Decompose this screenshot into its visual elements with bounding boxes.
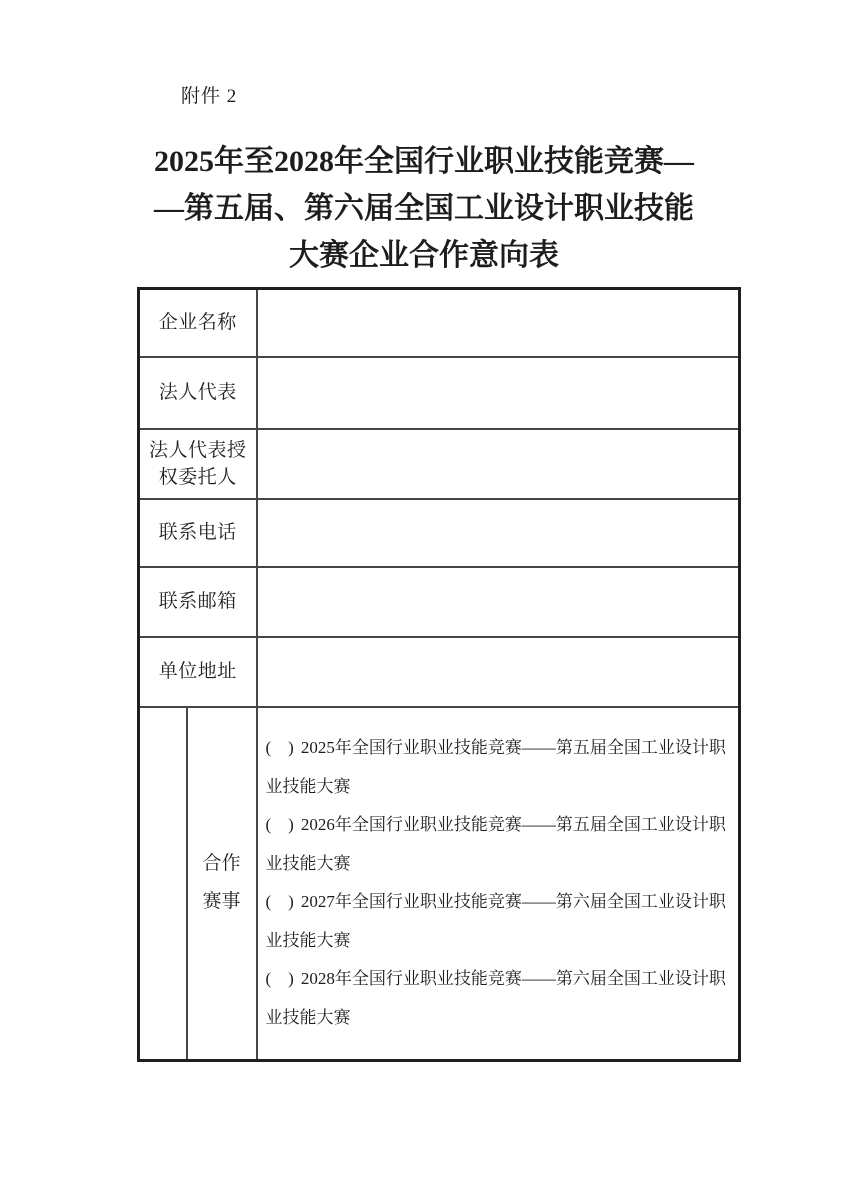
table-row: 联系电话	[139, 499, 740, 567]
competition-option-2026: ( )2026年全国行业职业技能竞赛——第五届全国工业设计职业技能大赛	[266, 806, 735, 883]
field-label-company-name: 企业名称	[139, 289, 257, 357]
document-title: 2025年至2028年全国行业职业技能竞赛— —第五届、第六届全国工业设计职业技…	[0, 138, 848, 279]
table-row: 单位地址	[139, 637, 740, 707]
field-label-company-address: 单位地址	[139, 637, 257, 707]
table-row: 联系邮箱	[139, 567, 740, 637]
field-value-contact-email[interactable]	[257, 567, 740, 637]
field-value-contact-phone[interactable]	[257, 499, 740, 567]
competition-option-2028: ( )2028年全国行业职业技能竞赛——第六届全国工业设计职业技能大赛	[266, 960, 735, 1037]
field-value-authorized-agent[interactable]	[257, 429, 740, 499]
table-row: 法人代表授权委托人	[139, 429, 740, 499]
competition-option-2025: ( )2025年全国行业职业技能竞赛——第五届全国工业设计职业技能大赛	[266, 729, 735, 806]
document-title-line-3: 大赛企业合作意向表	[0, 232, 848, 279]
table-row: 企业名称	[139, 289, 740, 357]
checkbox-blank-2025[interactable]: ( )	[266, 738, 294, 757]
document-title-line-2: —第五届、第六届全国工业设计职业技能	[0, 185, 848, 232]
field-value-company-name[interactable]	[257, 289, 740, 357]
field-label-contact-email: 联系邮箱	[139, 567, 257, 637]
competition-option-2025-text: 2025年全国行业职业技能竞赛——第五届全国工业设计职业技能大赛	[266, 738, 726, 796]
cooperation-options-cell: ( )2025年全国行业职业技能竞赛——第五届全国工业设计职业技能大赛 ( )2…	[257, 707, 740, 1061]
field-value-legal-representative[interactable]	[257, 357, 740, 429]
table-row: 法人代表	[139, 357, 740, 429]
checkbox-blank-2026[interactable]: ( )	[266, 815, 294, 834]
cooperation-events-label: 合作赛事	[200, 845, 244, 921]
field-label-legal-representative: 法人代表	[139, 357, 257, 429]
competition-option-2026-text: 2026年全国行业职业技能竞赛——第五届全国工业设计职业技能大赛	[266, 815, 726, 873]
checkbox-blank-2027[interactable]: ( )	[266, 892, 294, 911]
cooperation-events-row: 合作赛事 ( )2025年全国行业职业技能竞赛——第五届全国工业设计职业技能大赛…	[139, 707, 740, 1061]
checkbox-blank-2028[interactable]: ( )	[266, 969, 294, 988]
competition-option-2027-text: 2027年全国行业职业技能竞赛——第六届全国工业设计职业技能大赛	[266, 892, 726, 950]
competition-option-2027: ( )2027年全国行业职业技能竞赛——第六届全国工业设计职业技能大赛	[266, 883, 735, 960]
document-page: 附件 2 2025年至2028年全国行业职业技能竞赛— —第五届、第六届全国工业…	[0, 0, 848, 1200]
field-label-authorized-agent: 法人代表授权委托人	[139, 429, 257, 499]
document-title-line-1: 2025年至2028年全国行业职业技能竞赛—	[0, 138, 848, 185]
field-value-company-address[interactable]	[257, 637, 740, 707]
cooperation-intent-form-table: 企业名称 法人代表 法人代表授权委托人 联系电话 联系邮箱 单位地址	[137, 287, 741, 1062]
field-label-contact-phone: 联系电话	[139, 499, 257, 567]
spacer-cell	[139, 707, 187, 1061]
competition-option-2028-text: 2028年全国行业职业技能竞赛——第六届全国工业设计职业技能大赛	[266, 969, 726, 1027]
attachment-label: 附件 2	[181, 81, 237, 108]
field-label-cooperation-events: 合作赛事	[187, 707, 257, 1061]
